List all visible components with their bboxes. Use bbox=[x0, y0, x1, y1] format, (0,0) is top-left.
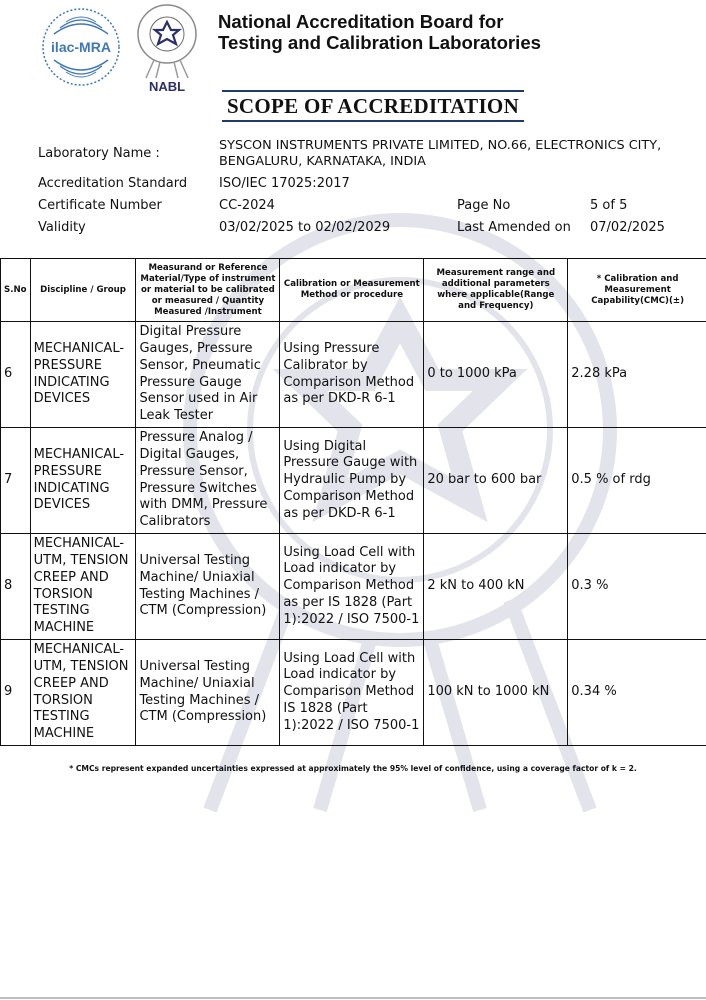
last-amended-value: 07/02/2025 bbox=[590, 220, 665, 236]
cell-discipline: MECHANICAL- UTM, TENSION CREEP AND TORSI… bbox=[30, 534, 136, 640]
svg-text:NABL: NABL bbox=[149, 79, 185, 94]
cell-method: Using Load Cell with Load indicator by C… bbox=[280, 534, 424, 640]
cell-cmc: 0.5 % of rdg bbox=[568, 428, 706, 534]
cell-discipline: MECHANICAL- PRESSURE INDICATING DEVICES bbox=[30, 428, 136, 534]
header-sno: S.No bbox=[1, 259, 31, 322]
cell-method: Using Load Cell with Load indicator by C… bbox=[280, 640, 424, 746]
header-measurand: Measurand or Reference Material/Type of … bbox=[136, 259, 280, 322]
cell-range: 0 to 1000 kPa bbox=[424, 322, 568, 428]
organization-name-line2: Testing and Calibration Laboratories bbox=[218, 32, 541, 53]
laboratory-name-value: SYSCON INSTRUMENTS PRIVATE LIMITED, NO.6… bbox=[219, 138, 689, 170]
cell-method: Using Digital Pressure Gauge with Hydrau… bbox=[280, 428, 424, 534]
nabl-logo: NABL bbox=[134, 2, 200, 94]
header-range: Measurement range and additional paramet… bbox=[424, 259, 568, 322]
table-header-row: S.No Discipline / Group Measurand or Ref… bbox=[1, 259, 706, 322]
standard-value: ISO/IEC 17025:2017 bbox=[219, 176, 350, 192]
cell-measurand: Universal Testing Machine/ Uniaxial Test… bbox=[136, 640, 280, 746]
page-no-label: Page No bbox=[457, 198, 510, 214]
page-no-value: 5 of 5 bbox=[590, 198, 627, 214]
header-cmc: * Calibration and Measurement Capability… bbox=[568, 259, 706, 322]
cell-measurand: Pressure Analog / Digital Gauges, Pressu… bbox=[136, 428, 280, 534]
cell-discipline: MECHANICAL- PRESSURE INDICATING DEVICES bbox=[30, 322, 136, 428]
header-discipline: Discipline / Group bbox=[30, 259, 136, 322]
organization-name-line1: National Accreditation Board for bbox=[218, 11, 541, 32]
table-row: 7 MECHANICAL- PRESSURE INDICATING DEVICE… bbox=[1, 428, 706, 534]
cmc-footnote: * CMCs represent expanded uncertainties … bbox=[0, 764, 706, 773]
laboratory-name-label: Laboratory Name : bbox=[38, 146, 160, 162]
cell-cmc: 2.28 kPa bbox=[568, 322, 706, 428]
last-amended-label: Last Amended on bbox=[457, 220, 571, 236]
cell-cmc: 0.3 % bbox=[568, 534, 706, 640]
document-title: SCOPE OF ACCREDITATION bbox=[222, 92, 524, 120]
validity-label: Validity bbox=[38, 220, 86, 236]
cell-sno: 9 bbox=[1, 640, 31, 746]
scope-table: S.No Discipline / Group Measurand or Ref… bbox=[0, 258, 706, 746]
ilac-mra-logo: ilac-MRA bbox=[40, 6, 122, 88]
title-rule-bottom bbox=[222, 120, 524, 122]
cell-range: 100 kN to 1000 kN bbox=[424, 640, 568, 746]
cell-range: 2 kN to 400 kN bbox=[424, 534, 568, 640]
cell-cmc: 0.34 % bbox=[568, 640, 706, 746]
cell-sno: 6 bbox=[1, 322, 31, 428]
cell-discipline: MECHANICAL- UTM, TENSION CREEP AND TORSI… bbox=[30, 640, 136, 746]
cell-measurand: Universal Testing Machine/ Uniaxial Test… bbox=[136, 534, 280, 640]
page-bottom-rule bbox=[0, 997, 706, 999]
cell-method: Using Pressure Calibrator by Comparison … bbox=[280, 322, 424, 428]
cell-sno: 8 bbox=[1, 534, 31, 640]
table-row: 6 MECHANICAL- PRESSURE INDICATING DEVICE… bbox=[1, 322, 706, 428]
certificate-value: CC-2024 bbox=[219, 198, 275, 214]
cell-range: 20 bar to 600 bar bbox=[424, 428, 568, 534]
validity-value: 03/02/2025 to 02/02/2029 bbox=[219, 220, 390, 236]
table-row: 9 MECHANICAL- UTM, TENSION CREEP AND TOR… bbox=[1, 640, 706, 746]
organization-name: National Accreditation Board for Testing… bbox=[218, 11, 541, 53]
certificate-label: Certificate Number bbox=[38, 198, 162, 214]
table-row: 8 MECHANICAL- UTM, TENSION CREEP AND TOR… bbox=[1, 534, 706, 640]
document-title-block: SCOPE OF ACCREDITATION bbox=[222, 90, 524, 122]
cell-measurand: Digital Pressure Gauges, Pressure Sensor… bbox=[136, 322, 280, 428]
header-method: Calibration or Measurement Method or pro… bbox=[280, 259, 424, 322]
standard-label: Accreditation Standard bbox=[38, 176, 187, 192]
svg-text:ilac-MRA: ilac-MRA bbox=[51, 39, 111, 55]
cell-sno: 7 bbox=[1, 428, 31, 534]
